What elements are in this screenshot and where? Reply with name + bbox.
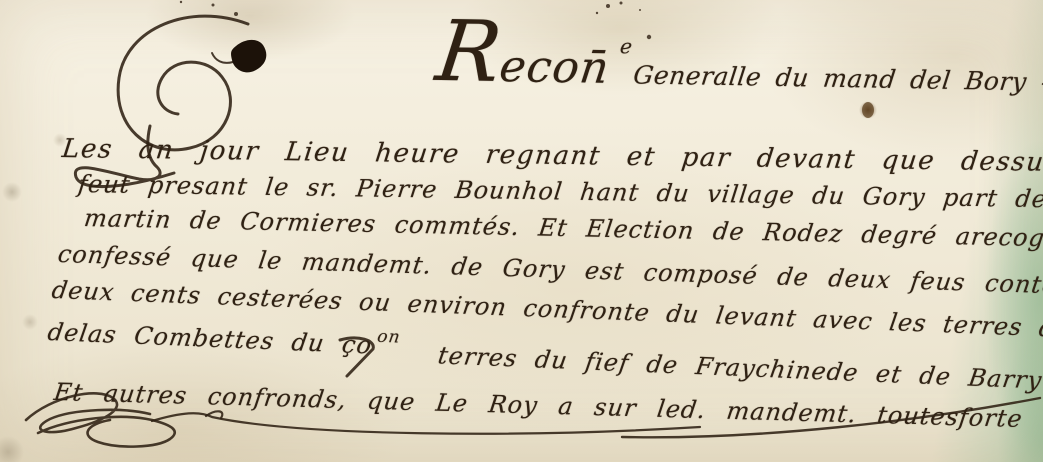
ink-blot-icon <box>231 40 266 73</box>
title-initial-letter: R <box>433 14 507 91</box>
manuscript-page: Recon̄eGeneralle du mand del Bory — Les … <box>0 0 1043 462</box>
blot-tail-icon <box>212 53 233 63</box>
brown-smudge-icon <box>862 102 874 118</box>
title-tail-text: Generalle du mand del Bory — <box>632 60 1043 97</box>
document-title: Recon̄eGeneralle du mand del Bory — <box>433 14 1043 102</box>
line-6-text: delas Combettes du ço <box>46 318 374 359</box>
trailing-hook-icon <box>206 411 222 418</box>
line-6-continuation: terres du fief de Fraychinede et de Barr… <box>436 341 1043 394</box>
title-superscript-abbreviation: e <box>619 34 635 58</box>
l-spiral-flourish-icon <box>118 16 248 150</box>
line-6-interlinear-insertion: on <box>376 327 402 348</box>
title-word: econ̄ <box>497 41 613 94</box>
